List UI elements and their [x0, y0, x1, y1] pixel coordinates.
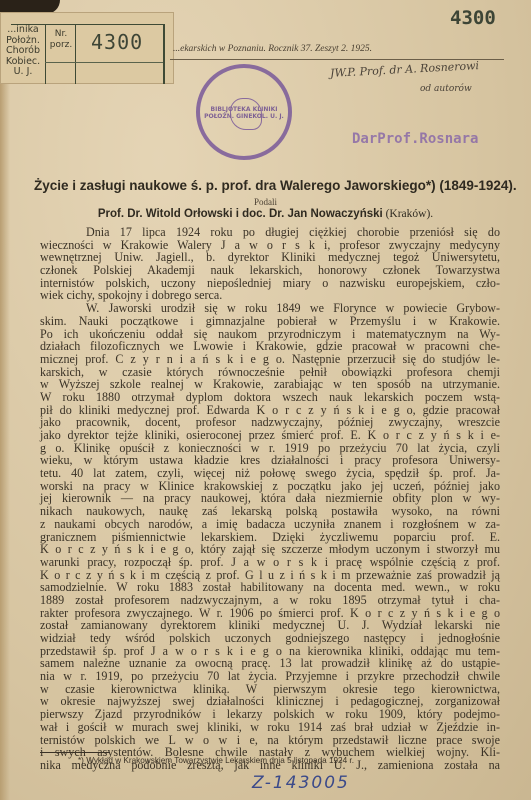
stamp-text: BIBLJOTEKA KLINIKI POŁOŻN. GINEKOL. U. J… [200, 106, 288, 120]
text-line: warunki pracy, rozpoczął śp. prof. J a w… [40, 556, 500, 569]
label-line: U. J. [3, 67, 43, 78]
label-institution: ...inika Położn. Chorób Kobiec. U. J. [3, 25, 43, 78]
authors-place: (Kraków). [386, 208, 434, 220]
label-rule [163, 24, 165, 84]
label-line: ...inika [3, 25, 43, 36]
label-nr-line: porz. [49, 40, 73, 51]
library-label: ...inika Położn. Chorób Kobiec. U. J. Nr… [0, 12, 174, 84]
text-line: jako dyrektor tejże kliniki, osieroconej… [40, 429, 500, 442]
donation-stamp: DarProf.Rosnara [352, 131, 478, 147]
journal-header: ...ekarskich w Poznaniu. Rocznik 37. Zes… [173, 44, 372, 54]
text-line: członek Polskiej Akademji nauk lekarskic… [40, 264, 500, 277]
handwritten-dedication-2: od autorów [420, 84, 472, 94]
page-edge [0, 0, 10, 800]
label-nr: Nr. porz. [49, 29, 73, 51]
label-number: 4300 [91, 30, 143, 54]
label-line: Chorób [3, 46, 43, 57]
text-line: nia w r. 1919, po przeżyciu 70 lat życia… [40, 670, 500, 683]
text-line: K o r c z y ń s k i e g o, który zajął s… [40, 543, 500, 556]
label-rule [45, 62, 165, 63]
handwritten-dedication: JW.P. Prof. dr A. Rosnerowi [330, 59, 480, 80]
catalog-number: 4300 [450, 7, 496, 29]
label-rule [75, 24, 76, 84]
text-line: z naukami obcych narodów, a imię badacza… [40, 518, 500, 531]
handwritten-shelfmark: Z-143005 [252, 773, 350, 793]
text-line: działach filozoficznych we Lwowie i Krak… [40, 340, 500, 353]
footnote: *) Wykład w Krakowskiem Towarzystwie Lek… [78, 756, 354, 765]
article-byline-label: Podali [0, 197, 531, 207]
footnote-rule [40, 752, 110, 753]
authors-names: Prof. Dr. Witold Orłowski i doc. Dr. Jan… [98, 208, 383, 220]
article-authors: Prof. Dr. Witold Orłowski i doc. Dr. Jan… [0, 208, 531, 220]
article-title: Życie i zasługi naukowe ś. p. prof. dra … [34, 178, 504, 193]
text-line: widział tedy wśród polskich uczonych god… [40, 632, 500, 645]
text-line: tetu. 40 lat zatem, czyli, więcej niż po… [40, 467, 500, 480]
text-line: W roku 1880 otrzymał dyplom doktora wsze… [40, 391, 500, 404]
text-line: W. Jaworski urodził się w roku 1849 we F… [40, 302, 500, 315]
label-rule [45, 24, 46, 84]
text-line: Dnia 17 lipca 1924 roku po długiej ciężk… [40, 226, 500, 239]
article-body: Dnia 17 lipca 1924 roku po długiej ciężk… [40, 226, 500, 772]
label-nr-line: Nr. [49, 29, 73, 40]
text-line: 1889 został profesorem nadzwyczajnym, a … [40, 594, 500, 607]
text-line: pierwszy Zjazd przyrodników i lekarzy po… [40, 708, 500, 721]
text-line: wał i gościł w murach swej kliniki, w ro… [40, 721, 500, 734]
text-line: micznej prof. C z y r n i a ń s k i e g … [40, 353, 500, 366]
scanned-page: ...inika Położn. Chorób Kobiec. U. J. Nr… [0, 0, 531, 800]
text-line: nikach naukowych, naukę zaś lekarską pol… [40, 505, 500, 518]
library-stamp-icon: BIBLJOTEKA KLINIKI POŁOŻN. GINEKOL. U. J… [196, 64, 292, 160]
text-line: skim. Nauki początkowe i gimnazjalne pob… [40, 315, 500, 328]
